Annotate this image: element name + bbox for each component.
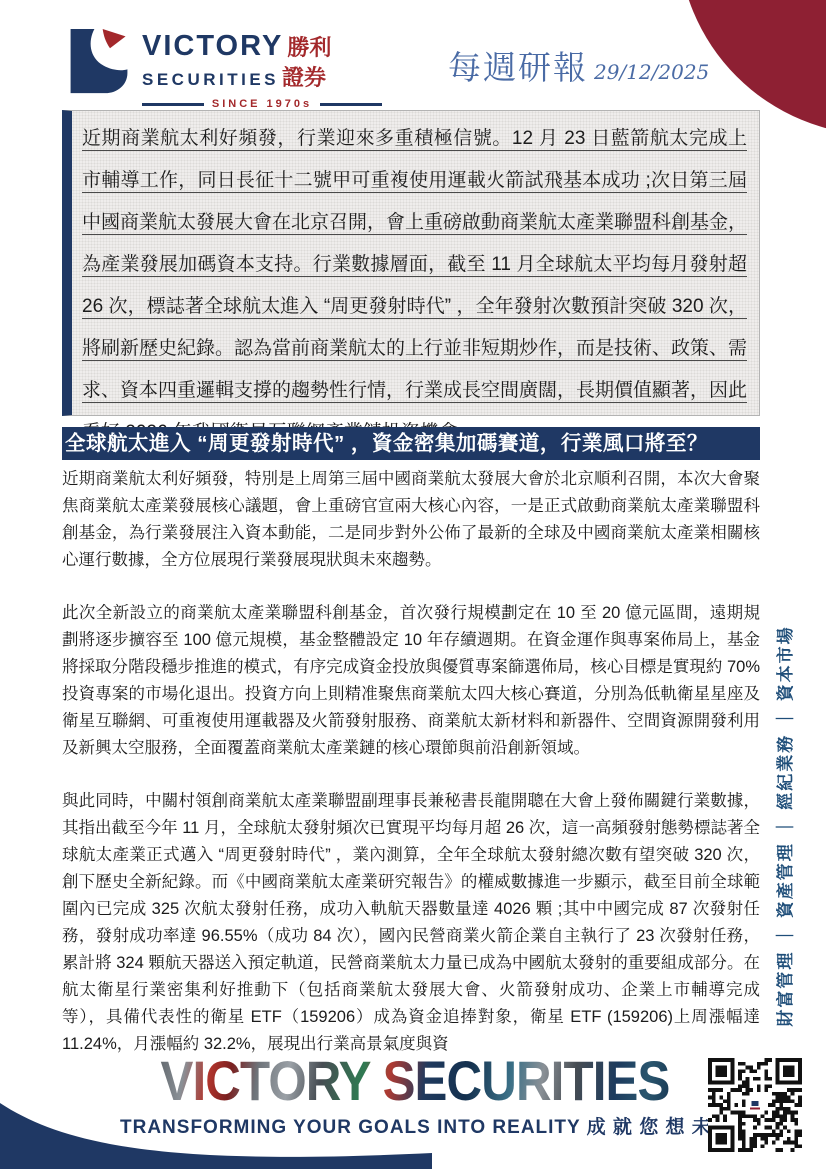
footer-tagline: TRANSFORMING YOUR GOALS INTO REALITY 成 就…: [120, 1112, 710, 1139]
article-paragraph: 與此同時，中關村領創商業航太產業聯盟副理事長兼秘書長龍開聰在大會上發佈關鍵行業數…: [62, 788, 760, 1058]
logo-since-rule: SINCE 1970s: [142, 98, 382, 110]
logo-victory-text: VICTORY: [142, 30, 283, 63]
summary-box: 近期商業航太利好頻發，行業迎來多重積極信號。12 月 23 日藍箭航太完成上市輔…: [62, 110, 760, 416]
report-page: VICTORY 勝利 SECURITIES 證券 SINCE 1970s 每週研…: [0, 0, 826, 1169]
logo-since-text: SINCE 1970s: [204, 98, 320, 110]
victory-securities-logo-icon: [66, 28, 132, 96]
logo-zhengquan-text: 證券: [282, 61, 326, 92]
masthead-date: 29/12/2025: [594, 60, 709, 84]
company-logo: VICTORY 勝利 SECURITIES 證券 SINCE 1970s: [66, 28, 316, 110]
article-paragraph: 此次全新設立的商業航太產業聯盟科創基金，首次發行規模劃定在 10 至 20 億元…: [62, 600, 760, 762]
article-paragraph: 近期商業航太利好頻發，特別是上周第三屆中國商業航太發展大會於北京順利召開，本次大…: [62, 466, 760, 574]
article-body: 近期商業航太利好頻發，特別是上周第三屆中國商業航太發展大會於北京順利召開，本次大…: [62, 466, 760, 1084]
services-vertical-text: 財富管理 ｜ 資產管理 ｜ 經紀業務 ｜ 資本市場: [770, 606, 802, 1046]
footer-brand-wordmark: VICTORY SECURITIES: [155, 1048, 674, 1113]
masthead-title: 每週研報: [448, 48, 588, 87]
qr-code: [708, 1058, 802, 1152]
masthead: 每週研報29/12/2025: [448, 42, 709, 89]
logo-securities-text: SECURITIES: [142, 70, 279, 90]
logo-shengli-text: 勝利: [287, 31, 331, 62]
article-headline: 全球航太進入 “周更發射時代” ，資金密集加碼賽道，行業風口將至？: [62, 427, 760, 460]
summary-text: 近期商業航太利好頻發，行業迎來多重積極信號。12 月 23 日藍箭航太完成上市輔…: [82, 118, 747, 454]
